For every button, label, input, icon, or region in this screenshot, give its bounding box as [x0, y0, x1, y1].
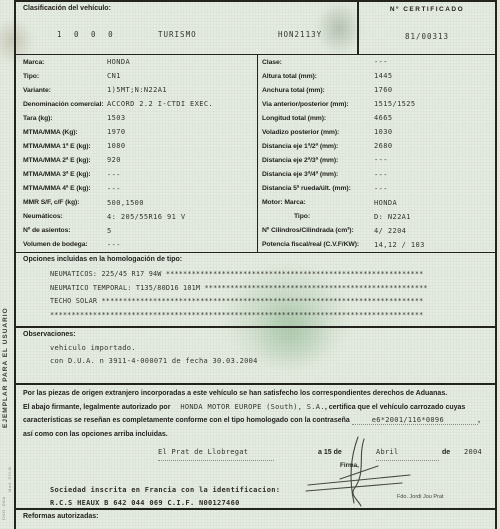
spec-row: Denominación comercial: ACCORD 2.2 I-CTD… — [16, 97, 257, 111]
option-line: TECHO SOLAR ****************************… — [50, 295, 480, 309]
spec-label: Variante: — [16, 87, 107, 94]
vehicle-category: TURISMO — [158, 30, 197, 39]
spec-label: Altura total (mm): — [258, 73, 374, 80]
margin-micro-text-bottom: CNO. DGA — [1, 460, 6, 520]
spec-label: Distancia eje 2ª/3ª (mm): — [258, 157, 374, 164]
spec-row: Longitud total (mm): 4665 — [258, 111, 495, 125]
signer-name: Fdo. Jordi Jou Prat — [397, 491, 443, 505]
date-line: El Prat de Llobregat a 15 de Abril de 20… — [16, 446, 495, 460]
spec-label: Distancia 5ª rueda/últ. (mm): — [258, 185, 374, 192]
spec-label: MTMA/MMA 2ª E (kg): — [16, 157, 107, 164]
spec-value: 5 — [107, 227, 112, 235]
classification-code: 1 0 0 0 — [57, 30, 117, 39]
spec-label: MMR S/F, c/F (kg): — [16, 199, 107, 206]
spec-value: --- — [374, 58, 388, 66]
statement-intro: El abajo firmante, legalmente autorizado… — [23, 404, 170, 411]
spec-row: MTMA/MMA 4ª E (kg): --- — [16, 182, 257, 196]
observations-lines: vehiculo importado. con D.U.A. n 3911-4-… — [50, 342, 258, 368]
spec-label: Nº de asientos: — [16, 227, 107, 234]
specifications-section: Marca: HONDA Tipo: CN1 Variante: 1)5MT;N… — [16, 55, 495, 252]
date-prefix: a 15 de — [318, 446, 342, 460]
spec-label: Denominación comercial: — [16, 101, 107, 108]
date-connector: de — [442, 446, 450, 460]
spec-value: 1515/1525 — [374, 100, 416, 108]
certificate-box: Nº CERTIFICADO 81/00313 — [357, 2, 495, 55]
registration-line: Sociedad inscrita en Francia con la iden… — [50, 484, 280, 497]
margin-vertical-text: EJEMPLAR PARA EL USUARIO — [2, 246, 9, 428]
spec-label: Longitud total (mm): — [258, 115, 374, 122]
spec-value: --- — [107, 171, 121, 179]
spec-label: Volumen de bodega: — [16, 241, 107, 248]
spec-value: --- — [374, 156, 388, 164]
spec-label: Distancia eje 1ª/2ª (mm): — [258, 143, 374, 150]
date-year: 2004 — [464, 446, 482, 460]
observations-label: Observaciones: — [23, 331, 76, 338]
options-section: Opciones incluidas en la homologación de… — [16, 252, 495, 326]
spec-label: Via anterior/posterior (mm): — [258, 101, 374, 108]
homologation-plate: HON2113Y — [278, 30, 322, 39]
spec-value: --- — [374, 185, 388, 193]
spec-row: Volumen de bodega: --- — [16, 238, 257, 252]
reforms-section: Reformas autorizadas: — [16, 508, 495, 529]
spec-row: Distancia eje 1ª/2ª (mm): 2680 — [258, 139, 495, 153]
spec-label: Tara (kg): — [16, 115, 107, 122]
spec-label: Tipo: — [16, 73, 107, 80]
spec-row: Via anterior/posterior (mm): 1515/1525 — [258, 97, 495, 111]
spec-row: Tipo: CN1 — [16, 69, 257, 83]
spec-row: Tara (kg): 1503 — [16, 111, 257, 125]
options-lines: NEUMATICOS: 225/45 R17 94W *************… — [50, 268, 480, 322]
margin-micro-text-top: Mod. CIV-B — [7, 432, 12, 492]
declaration-section: Por las piezas de origen extranjero inco… — [16, 383, 495, 508]
signature-label: Firma, — [340, 459, 359, 473]
certificate-sheet: Clasificación del vehículo: 1 0 0 0 TURI… — [14, 0, 497, 529]
option-line: ****************************************… — [50, 309, 480, 323]
spec-value: HONDA — [374, 199, 397, 207]
spec-value: 1)5MT;N:N22A1 — [107, 86, 167, 94]
spec-label: Marca: — [16, 59, 107, 66]
spec-label: Voladizo posterior (mm): — [258, 129, 374, 136]
spec-row: Anchura total (mm): 1760 — [258, 83, 495, 97]
spec-label: Anchura total (mm): — [258, 87, 374, 94]
spec-value: ACCORD 2.2 I-CTDI EXEC. — [107, 100, 213, 108]
spec-column-right: Clase: --- Altura total (mm): 1445 Anchu… — [257, 55, 495, 252]
spec-value: 1080 — [107, 142, 125, 150]
spec-value: 1760 — [374, 86, 392, 94]
spec-label: Nº Cilindros/Cilindrada (cm³): — [258, 227, 374, 234]
classification-label: Clasificación del vehículo: — [23, 5, 111, 12]
spec-value: --- — [107, 185, 121, 193]
spec-row: Neumáticos: 4: 205/55R16 91 V — [16, 210, 257, 224]
spec-row: Voladizo posterior (mm): 1030 — [258, 125, 495, 139]
spec-value: 1503 — [107, 114, 125, 122]
certificate-label: Nº CERTIFICADO — [359, 6, 495, 13]
spec-value: 4/ 2204 — [374, 227, 406, 235]
spec-value: 920 — [107, 156, 121, 164]
spec-value: 500,1500 — [107, 199, 144, 207]
option-line: NEUMATICO TEMPORAL: T135/80D16 101M ****… — [50, 282, 480, 296]
certificate-document: EJEMPLAR PARA EL USUARIO Mod. CIV-B CNO.… — [0, 0, 500, 529]
option-line: NEUMATICOS: 225/45 R17 94W *************… — [50, 268, 480, 282]
spec-value: HONDA — [107, 58, 130, 66]
spec-value: 2680 — [374, 142, 392, 150]
spec-row: Marca: HONDA — [16, 55, 257, 69]
spec-value: 1445 — [374, 72, 392, 80]
type-approval-code: e6*2001/116*0096 — [352, 416, 478, 425]
observation-line: con D.U.A. n 3911-4-000071 de fecha 30.0… — [50, 355, 258, 368]
declaration-text: Por las piezas de origen extranjero inco… — [23, 387, 490, 441]
spec-value: D: N22A1 — [374, 213, 411, 221]
spec-row: Tipo: D: N22A1 — [258, 210, 495, 224]
spec-label: MTMA/MMA 4ª E (kg): — [16, 185, 107, 192]
spec-row: Variante: 1)5MT;N:N22A1 — [16, 83, 257, 97]
spec-label: Clase: — [258, 59, 374, 66]
spec-label: MTMA/MMA (Kg): — [16, 129, 107, 136]
spec-row: MTMA/MMA 3ª E (kg): --- — [16, 168, 257, 182]
spec-value: --- — [374, 171, 388, 179]
header-section: Clasificación del vehículo: 1 0 0 0 TURI… — [16, 2, 495, 55]
spec-value: 14,12 / 103 — [374, 241, 425, 249]
spec-row: Nº de asientos: 5 — [16, 224, 257, 238]
spec-column-left: Marca: HONDA Tipo: CN1 Variante: 1)5MT;N… — [16, 55, 257, 252]
spec-value: 1030 — [374, 128, 392, 136]
options-label: Opciones incluidas en la homologación de… — [23, 256, 182, 263]
observations-section: Observaciones: vehiculo importado. con D… — [16, 326, 495, 383]
spec-value: CN1 — [107, 72, 121, 80]
spec-label: Neumáticos: — [16, 213, 107, 220]
spec-row: MTMA/MMA (Kg): 1970 — [16, 125, 257, 139]
spec-row: Altura total (mm): 1445 — [258, 69, 495, 83]
spec-row: Potencia fiscal/real (C.V.F/KW): 14,12 /… — [258, 238, 495, 252]
spec-row: MTMA/MMA 2ª E (kg): 920 — [16, 153, 257, 167]
spec-label: MTMA/MMA 1ª E (kg): — [16, 143, 107, 150]
spec-value: 4665 — [374, 114, 392, 122]
spec-label: MTMA/MMA 3ª E (kg): — [16, 171, 107, 178]
spec-label: Tipo: — [258, 213, 374, 220]
spec-value: --- — [107, 241, 121, 249]
spec-value: 1970 — [107, 128, 125, 136]
spec-label: Motor: Marca: — [258, 199, 374, 206]
spec-row: Clase: --- — [258, 55, 495, 69]
spec-row: MTMA/MMA 1ª E (kg): 1080 — [16, 139, 257, 153]
date-month: Abril — [376, 446, 439, 461]
spec-row: Distancia eje 3ª/4ª (mm): --- — [258, 168, 495, 182]
spec-row: Motor: Marca: HONDA — [258, 196, 495, 210]
observation-line: vehiculo importado. — [50, 342, 258, 355]
manufacturer-name: HONDA MOTOR EUROPE (South), S.A. — [180, 403, 324, 411]
spec-row: Nº Cilindros/Cilindrada (cm³): 4/ 2204 — [258, 224, 495, 238]
spec-label: Distancia eje 3ª/4ª (mm): — [258, 171, 374, 178]
registration-block: Sociedad inscrita en Francia con la iden… — [50, 484, 280, 509]
spec-row: Distancia 5ª rueda/últ. (mm): --- — [258, 182, 495, 196]
spec-value: 4: 205/55R16 91 V — [107, 213, 185, 221]
spec-row: Distancia eje 2ª/3ª (mm): --- — [258, 153, 495, 167]
spec-label: Potencia fiscal/real (C.V.F/KW): — [258, 241, 374, 248]
certificate-number: 81/00313 — [359, 32, 495, 41]
reforms-label: Reformas autorizadas: — [23, 513, 98, 520]
customs-clause: Por las piezas de origen extranjero inco… — [23, 390, 447, 397]
signing-place: El Prat de Llobregat — [158, 446, 274, 461]
spec-row: MMR S/F, c/F (kg): 500,1500 — [16, 196, 257, 210]
